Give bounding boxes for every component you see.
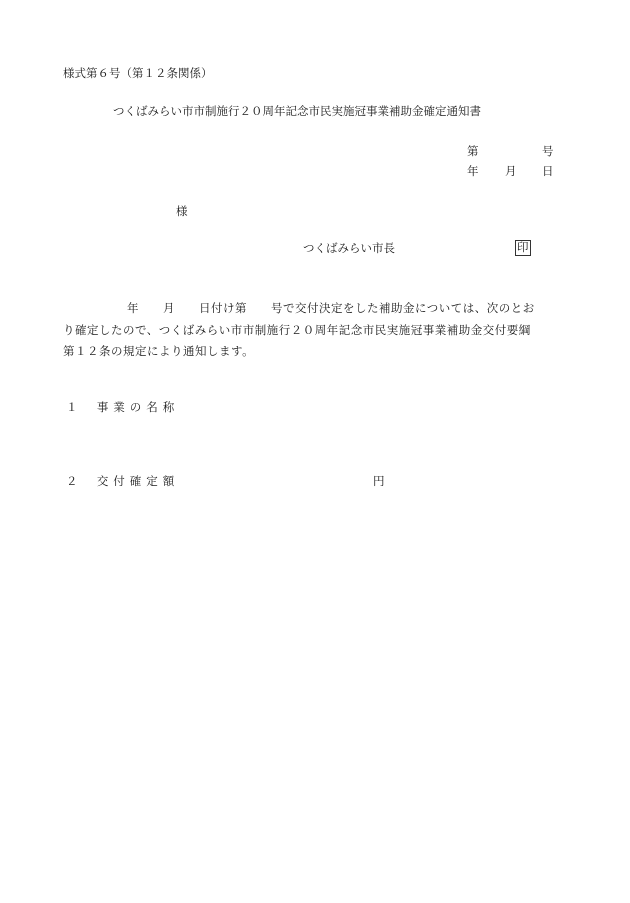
item-label: 交付確定額 xyxy=(97,474,180,488)
body-paragraph: 年月日付け第号で交付決定をした補助金については、次のとお り確定したので、つくば… xyxy=(63,298,563,363)
issuer-name: つくばみらい市長 xyxy=(303,243,395,255)
doc-number-prefix: 第 xyxy=(467,146,479,158)
body-line-2: り確定したので、つくばみらい市市制施行２０周年記念市民実施冠事業補助金交付要綱 xyxy=(63,320,563,342)
seal-mark: 印 xyxy=(515,240,531,256)
body-line-1: 年月日付け第号で交付決定をした補助金については、次のとお xyxy=(63,298,563,320)
item-number: ２ xyxy=(66,474,78,488)
date-day: 日 xyxy=(542,166,554,178)
date-year: 年 xyxy=(467,166,479,178)
form-label: 様式第６号（第１２条関係） xyxy=(63,68,213,80)
document-title: つくばみらい市市制施行２０周年記念市民実施冠事業補助金確定通知書 xyxy=(113,106,481,118)
item-1: １ 事業の名称 xyxy=(66,402,179,414)
amount-unit: 円 xyxy=(373,476,385,488)
seal-icon: 印 xyxy=(515,240,531,256)
item-2: ２ 交付確定額 xyxy=(66,476,179,488)
item-number: １ xyxy=(66,400,78,414)
date-month: 月 xyxy=(505,166,517,178)
body-line-3: 第１２条の規定により通知します。 xyxy=(63,341,563,363)
item-label: 事業の名称 xyxy=(97,400,180,414)
addressee-honorific: 様 xyxy=(176,206,188,218)
doc-number-suffix: 号 xyxy=(542,146,554,158)
